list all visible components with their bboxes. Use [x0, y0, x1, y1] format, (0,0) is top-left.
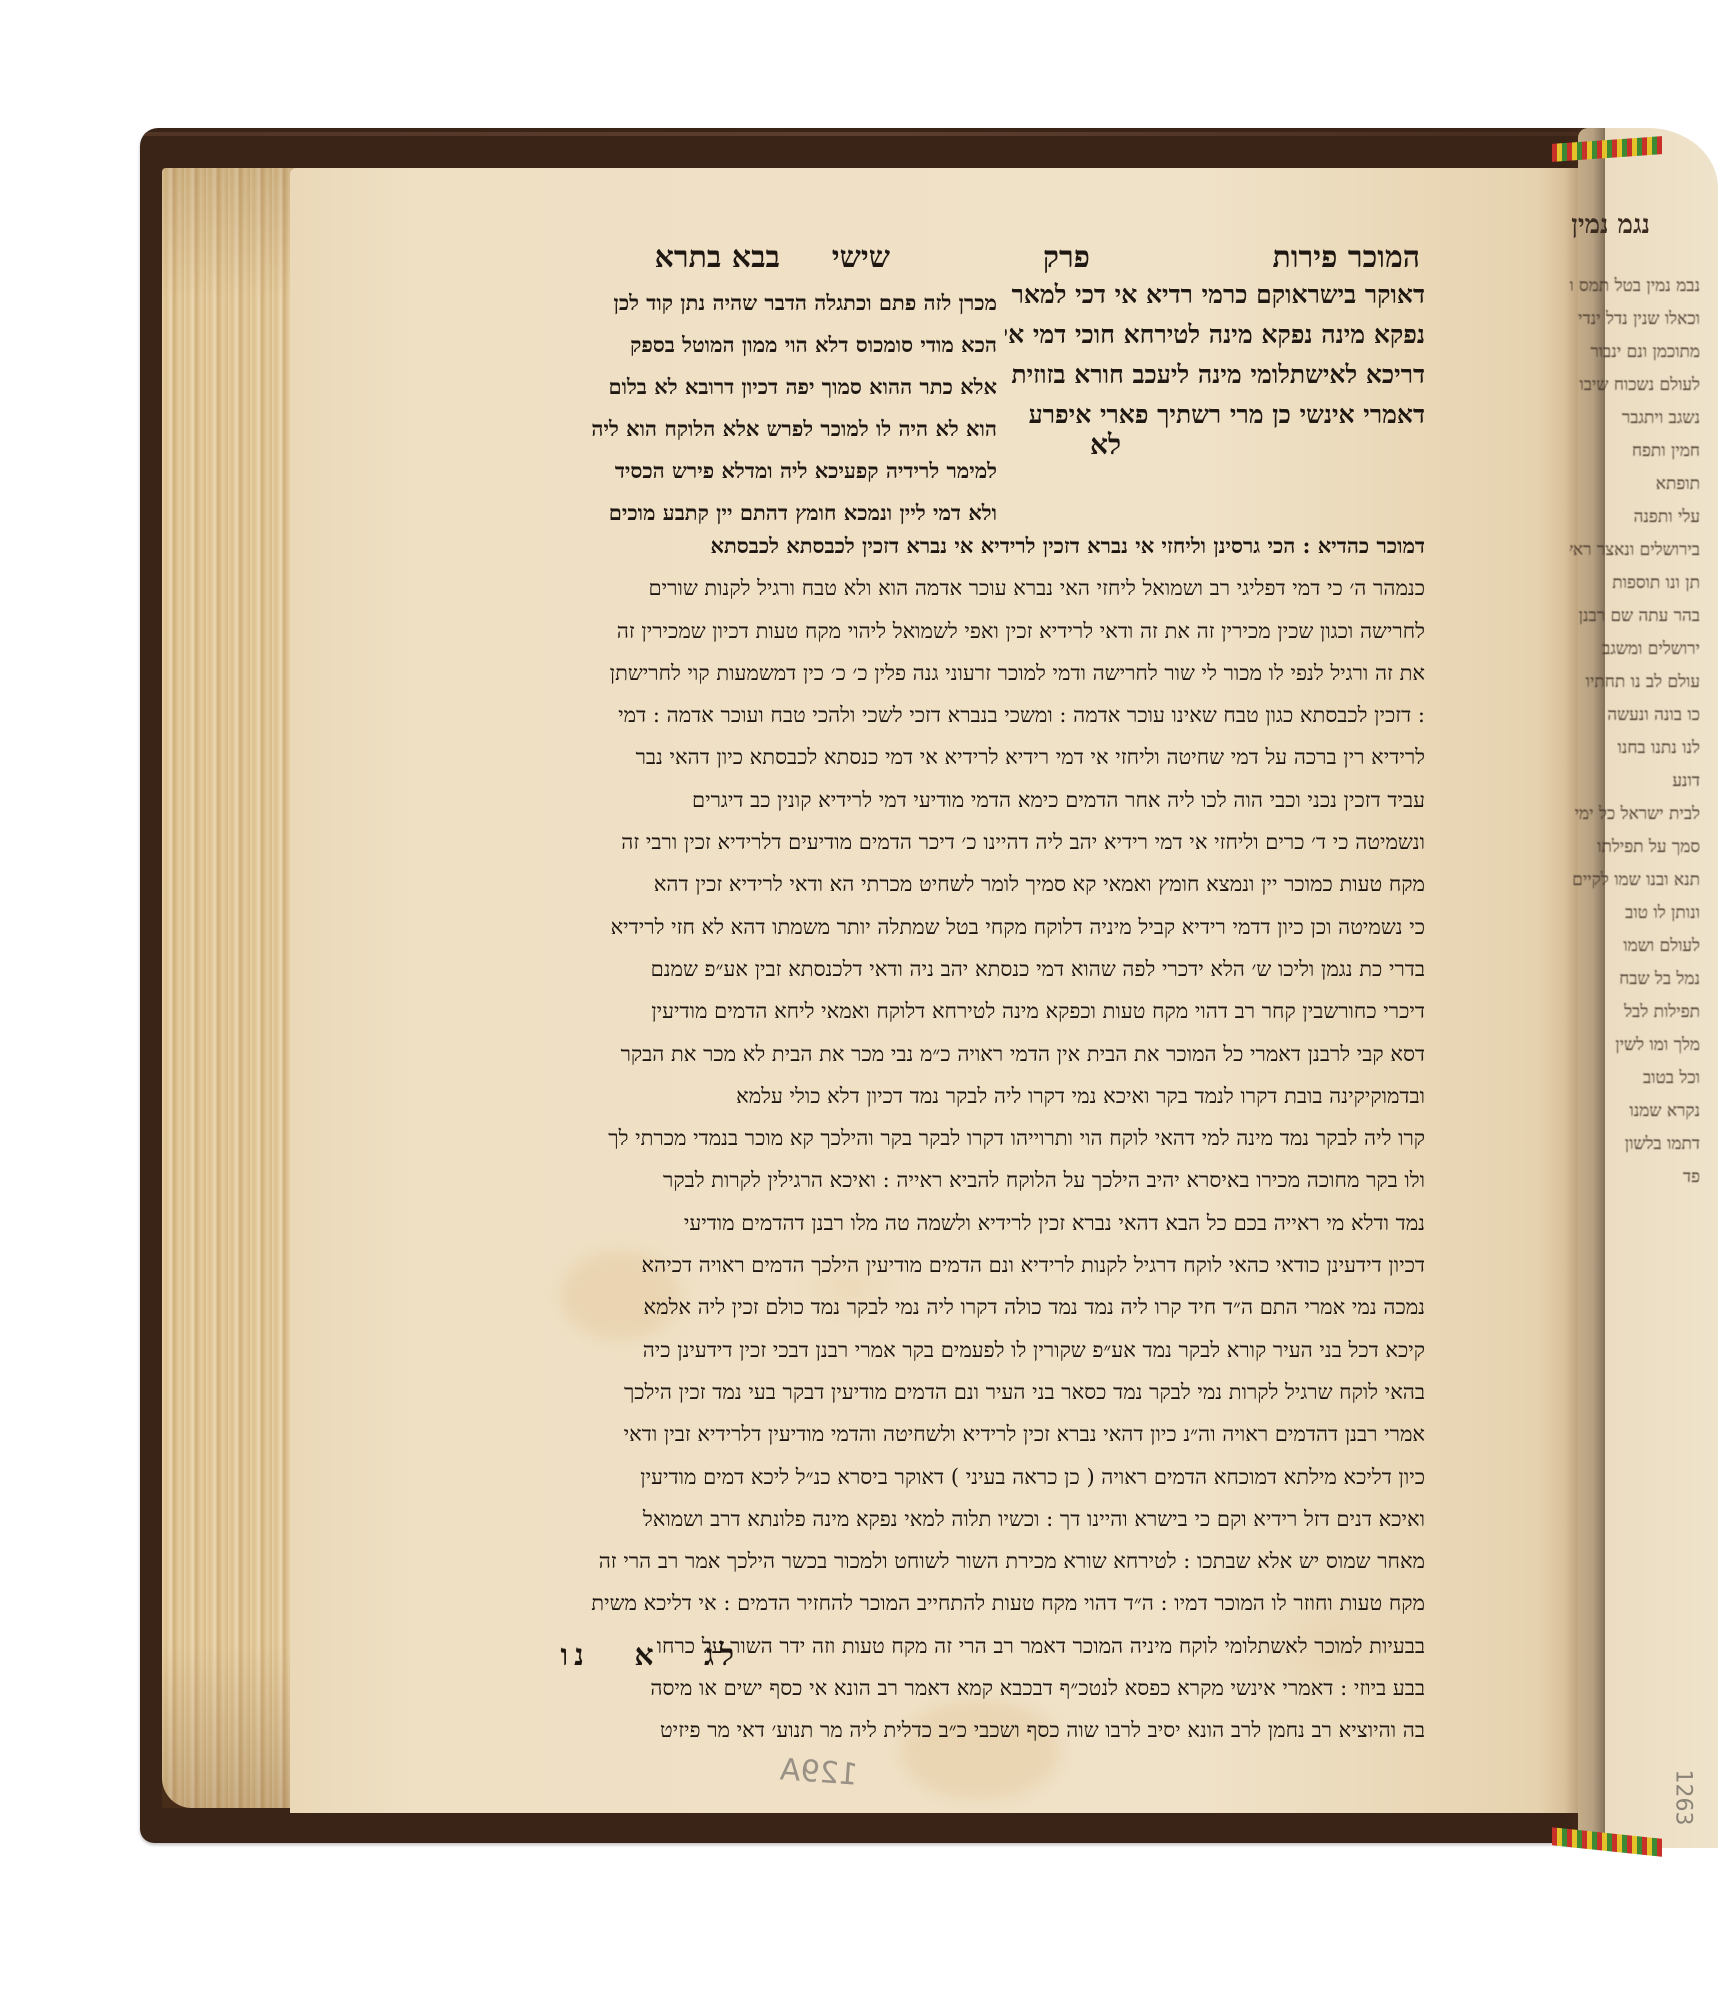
text-line: ואיכא דנים דזל רידיא וקם כי בישרא והיינו… — [425, 1498, 1425, 1540]
text-line: אלא כתר ההוא סמוך יפה דכיון דרובא לא בלו… — [442, 366, 997, 408]
main-text-column: דאוקר בישראוקם כרמי רדיא אי דכי למאר נפק… — [1005, 275, 1425, 435]
text-line: את זה ורגיל לנפי לו מכור לי שור לחרישה ו… — [425, 652, 1425, 694]
text-line: נפקא מינה נפקא מינה לטירחא חוכי דמי אי — [1005, 315, 1425, 355]
text-line: בהאי לוקח שרגיל לקרות נמי לבקר נמד כסאר … — [425, 1371, 1425, 1413]
commentary-column: מכרן לזה פתם וכתגלה הדבר שהיה נתן קוד לכ… — [442, 282, 997, 534]
text-line: כי נשמיטה וכן כיון דדמי רידיא קביל מיניה… — [425, 906, 1425, 948]
text-line: פד — [1570, 1161, 1700, 1194]
text-line: דאמרי אינשי כן מרי רשתיך פארי איפרע — [1005, 395, 1425, 435]
text-line: מאחר שמוס יש אלא שבתכו : לטירחא שורא מכי… — [425, 1540, 1425, 1582]
text-line: למימר לרידיה קפעיכא ליה ומדלא פירש הכסיד — [442, 450, 997, 492]
text-line: תפילות לבל — [1570, 996, 1700, 1029]
text-line: קיכא דכל בני העיר קורא לבקר נמד אע״פ שקו… — [425, 1329, 1425, 1371]
text-line: וכאלו שנין נדל ינדי — [1570, 303, 1700, 336]
text-line: כו בונה ונעשה — [1570, 699, 1700, 732]
text-line: לבית ישראל כל ימי — [1570, 798, 1700, 831]
text-line: נמד ודלא מי ראייה בכם כל הבא דהאי נברא ז… — [425, 1202, 1425, 1244]
text-line: דכיון דידעינן כודאי כהאי לוקח דרגיל לקנו… — [425, 1244, 1425, 1286]
text-line: הוא לא היה לו למוכר לפרש אלא הלוקח הוא ל… — [442, 408, 997, 450]
text-line: מכרן לזה פתם וכתגלה הדבר שהיה נתן קוד לכ… — [442, 282, 997, 324]
text-line: תן ונו תוספות — [1570, 567, 1700, 600]
text-line: לנו נתנו בחנו — [1570, 732, 1700, 765]
binding-edge-highlight — [144, 132, 1596, 136]
text-line: ירושלים ומשגב — [1570, 633, 1700, 666]
text-line: וכל בטוב — [1570, 1062, 1700, 1095]
text-line: : דזכין לכבסתא כגון טבח שאינו עוכר אדמה … — [425, 694, 1425, 736]
text-line: מתוכמן ונם ינבור — [1570, 336, 1700, 369]
text-line: מקח טעות וחוזר לו המוכר דמיו : ה״ד דהוי … — [425, 1582, 1425, 1624]
text-line: דמוכר כהדיא : הכי גרסינן וליחזי אי נברא … — [425, 525, 1425, 567]
text-line: לעולם ושמו — [1570, 930, 1700, 963]
text-line: קרו ליה לבקר נמד מינה למי דהאי לוקח הוי … — [425, 1117, 1425, 1159]
text-line: סמך על תפילתו — [1570, 831, 1700, 864]
catchword: לג — [704, 1638, 740, 1673]
text-line: ובדמוקיקינה בובת דקרו לנמד בקר ואיכא נמי… — [425, 1075, 1425, 1117]
text-line: בהר עתה שם רבנן — [1570, 600, 1700, 633]
text-line: ונשמיטה כי ד׳ כרים וליחזי אי דמי רידיא י… — [425, 821, 1425, 863]
text-line: לרידיא רין ברכה על דמי שחיטה וליחזי אי ד… — [425, 736, 1425, 778]
catchwords: לג א נו — [540, 1638, 740, 1673]
text-line: דריכא לאישתלומי מינה ליעכב חורא בזוזית — [1005, 355, 1425, 395]
text-line: כנמהר ה׳ כי דמי דפליגי רב ושמואל ליחזי ה… — [425, 567, 1425, 609]
chapter-number: שישי — [832, 240, 890, 275]
text-line: נמכה נמי אמרי התם ה״ד חיד קרו ליה נמד נמ… — [425, 1286, 1425, 1328]
text-line: ונותן לו טוב — [1570, 897, 1700, 930]
chapter-name: המוכר פירות — [1273, 240, 1420, 275]
text-line: הכא מודי סומכוס דלא הוי ממון המוטל בספק — [442, 324, 997, 366]
page-edges-shading — [162, 168, 302, 1808]
text-line: נשגב ויתגבר — [1570, 402, 1700, 435]
text-line: בה והיוציא רב נחמן לרב הונא יסיב לרבו שו… — [425, 1709, 1425, 1751]
text-line: נבמ נמין בטל תמס ונשגב — [1570, 270, 1700, 303]
catchword: א — [634, 1638, 659, 1673]
text-line: בבע ביוזי : דאמרי אינשי מקרא כפסא לנטכ״ף… — [425, 1667, 1425, 1709]
text-line: אמרי רבנן דהדמים ראויה וה״נ כיון דהאי נב… — [425, 1413, 1425, 1455]
commentary-body: דמוכר כהדיא : הכי גרסינן וליחזי אי נברא … — [425, 525, 1425, 1752]
text-line: מקח טעות כמוכר יין ונמצא חומץ ואמאי קא ס… — [425, 863, 1425, 905]
text-line: תופתא — [1570, 468, 1700, 501]
right-page-text: נבמ נמין בטל תמס ונשגב וכאלו שנין נדל ינ… — [1570, 270, 1700, 1194]
text-line: ולו בקר מחוכה מכירו באיסרא יהיב הילכך על… — [425, 1159, 1425, 1201]
text-line: כיון דליכא מילתא דמוכחא הדמים ראויה ( כן… — [425, 1456, 1425, 1498]
pencil-annotation: 1263 — [1671, 1770, 1696, 1826]
running-head: המוכר פירות פרק שישי בבא בתרא — [600, 240, 1420, 280]
catchword: נו — [560, 1638, 589, 1673]
tractate-name: בבא בתרא — [655, 240, 780, 275]
text-line: דסא קבי לרבנן דאמרי כל המוכר את הבית אין… — [425, 1033, 1425, 1075]
text-line: עביד דזכין נכני וכבי הוה לכו ליה אחר הדמ… — [425, 779, 1425, 821]
folio-number: לא — [1090, 428, 1121, 462]
text-line: תנא ובנו שמו לקיים — [1570, 864, 1700, 897]
text-line: דתמו בלשון — [1570, 1128, 1700, 1161]
chapter-label: פרק — [1043, 240, 1090, 275]
text-line: לחרישה וכגון שכין מכירין זה את זה ודאי ל… — [425, 610, 1425, 652]
text-line: דאוקר בישראוקם כרמי רדיא אי דכי למאר — [1005, 275, 1425, 315]
text-line: נמל בל שבח — [1570, 963, 1700, 996]
text-line: עולם לב נו תחתיו — [1570, 666, 1700, 699]
text-line: בירושלים ונאצר ראש — [1570, 534, 1700, 567]
text-line: בדרי כת נגמן וליכו ש׳ הלא ידכרי לפה שהוא… — [425, 948, 1425, 990]
text-line: נקרא שמנו — [1570, 1095, 1700, 1128]
text-line: דונע — [1570, 765, 1700, 798]
pencil-annotation: 129A — [779, 1752, 859, 1792]
text-line: עלי ותפנה — [1570, 501, 1700, 534]
text-line: דיכרי כחורשבין קחר רב דהוי מקח טעות וכפק… — [425, 990, 1425, 1032]
text-line: מלך ומו לשין — [1570, 1029, 1700, 1062]
text-line: לעולם נשכוח שיבו — [1570, 369, 1700, 402]
right-page-heading: נגמ נמין — [1560, 210, 1650, 240]
text-line: חמין ותפח — [1570, 435, 1700, 468]
